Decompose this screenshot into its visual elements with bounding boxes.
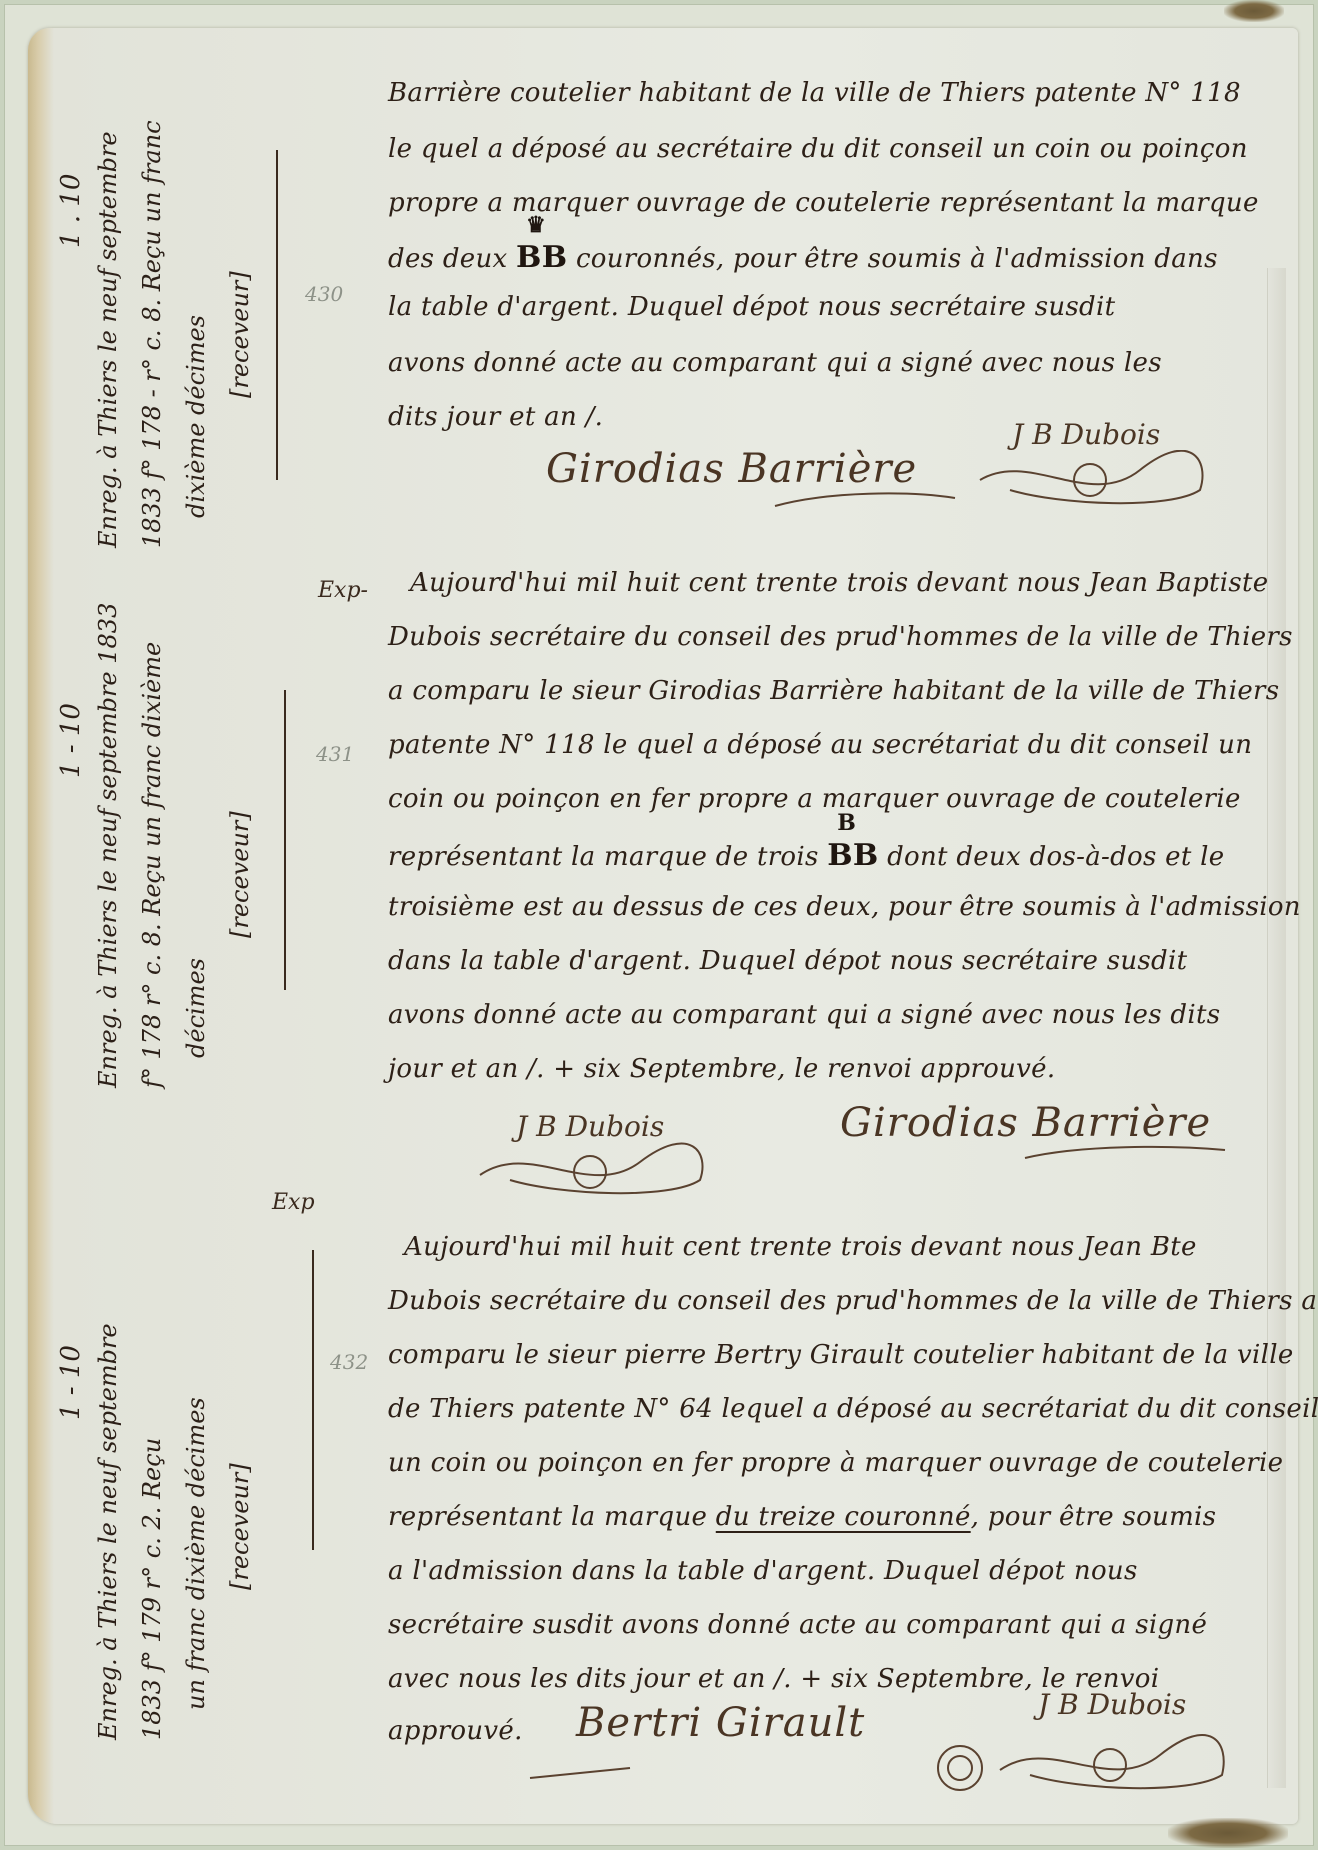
entry-2-line-4: patente N° 118 le quel a déposé au secré… bbox=[388, 730, 1252, 760]
exp-label-2: Exp- bbox=[318, 578, 368, 603]
margin-3-fraction: 1 - 10 bbox=[56, 1323, 86, 1740]
signature-dubois-3: J B Dubois bbox=[1038, 1688, 1186, 1721]
entry-1-line-6: avons donné acte au comparant qui a sign… bbox=[388, 348, 1162, 378]
margin-1-line-2: 1833 f° 178 - r° c. 8. Reçu un franc bbox=[130, 120, 174, 548]
margin-1-line-1: Enreg. à Thiers le neuf septembre bbox=[86, 120, 130, 548]
entry-3-line-8: secrétaire susdit avons donné acte au co… bbox=[388, 1610, 1207, 1640]
mark-bbb: BBB bbox=[827, 838, 878, 873]
margin-annotation-2: 1 - 10 Enreg. à Thiers le neuf septembre… bbox=[56, 603, 262, 1088]
margin-3-line-1: Enreg. à Thiers le neuf septembre bbox=[86, 1323, 130, 1740]
margin-2-line-1: Enreg. à Thiers le neuf septembre 1833 bbox=[86, 603, 130, 1088]
entry-1-line-7: dits jour et an /. bbox=[388, 402, 603, 432]
entry-2-line-5: coin ou poinçon en fer propre a marquer … bbox=[388, 784, 1241, 814]
entry-2-line-9: avons donné acte au comparant qui a sign… bbox=[388, 1000, 1220, 1030]
entry-2-line-3: a comparu le sieur Girodias Barrière hab… bbox=[388, 676, 1279, 706]
margin-annotation-3: 1 - 10 Enreg. à Thiers le neuf septembre… bbox=[56, 1323, 262, 1740]
margin-3-rule bbox=[312, 1250, 314, 1550]
signature-flourish-1 bbox=[970, 450, 1220, 510]
exp-label-3: Exp bbox=[272, 1190, 315, 1215]
pencil-number-431: 431 bbox=[316, 742, 354, 766]
mark-bb-crowned: ♛BB bbox=[516, 240, 567, 275]
entry-1-line-3: propre a marquer ouvrage de coutelerie r… bbox=[388, 188, 1259, 218]
margin-2-line-3: décimes bbox=[174, 603, 218, 1088]
entry-2-line-8: dans la table d'argent. Duquel dépot nou… bbox=[388, 946, 1187, 976]
signature-dubois-1: J B Dubois bbox=[1012, 418, 1160, 451]
entry-2-line-7: troisième est au dessus de ces deux, pou… bbox=[388, 892, 1301, 922]
margin-1-signature: [receveur] bbox=[218, 120, 262, 548]
entry-3-line-4: de Thiers patente N° 64 lequel a déposé … bbox=[388, 1394, 1318, 1424]
entry-3-line-6: représentant la marque du treize couronn… bbox=[388, 1502, 1216, 1532]
signature-flourish-3 bbox=[520, 1738, 1000, 1808]
entry-2-line-10: jour et an /. + six Septembre, le renvoi… bbox=[388, 1054, 1055, 1084]
margin-2-fraction: 1 - 10 bbox=[56, 603, 86, 1088]
margin-1-fraction: 1 . 10 bbox=[56, 120, 86, 548]
entry-2-line-2: Dubois secrétaire du conseil des prud'ho… bbox=[388, 622, 1293, 652]
entry-3-line-5: un coin ou poinçon en fer propre à marqu… bbox=[388, 1448, 1283, 1478]
entry-1-line-4: des deux ♛BB couronnés, pour être soumis… bbox=[388, 240, 1218, 275]
underline-flourish-2 bbox=[1020, 1140, 1230, 1170]
entry-3-line-10: approuvé. bbox=[388, 1716, 523, 1746]
margin-3-line-3: un franc dixième décimes bbox=[174, 1323, 218, 1740]
margin-2-signature: [receveur] bbox=[218, 603, 262, 1088]
entry-3-line-7: a l'admission dans la table d'argent. Du… bbox=[388, 1556, 1138, 1586]
entry-2-line-1: Aujourd'hui mil huit cent trente trois d… bbox=[410, 568, 1268, 598]
entry-3-line-3: comparu le sieur pierre Bertry Girault c… bbox=[388, 1340, 1294, 1370]
signature-flourish-2 bbox=[470, 1140, 720, 1200]
pencil-number-430: 430 bbox=[305, 282, 343, 306]
page-edge bbox=[1267, 268, 1286, 1788]
underlined-mark-description: du treize couronné bbox=[716, 1502, 971, 1532]
underline-flourish-1 bbox=[770, 486, 960, 516]
entry-3-line-1: Aujourd'hui mil huit cent trente trois d… bbox=[404, 1232, 1197, 1262]
margin-3-line-2: 1833 f° 179 r° c. 2. Reçu bbox=[130, 1323, 174, 1740]
margin-1-line-3: dixième décimes bbox=[174, 120, 218, 548]
signature-dubois-2: J B Dubois bbox=[516, 1110, 664, 1143]
margin-1-rule bbox=[276, 150, 278, 480]
entry-1-line-1: Barrière coutelier habitant de la ville … bbox=[388, 78, 1241, 108]
margin-annotation-1: 1 . 10 Enreg. à Thiers le neuf septembre… bbox=[56, 120, 262, 548]
entry-1-line-2: le quel a déposé au secrétaire du dit co… bbox=[388, 134, 1248, 164]
margin-2-rule bbox=[284, 690, 286, 990]
entry-3-line-2: Dubois secrétaire du conseil des prud'ho… bbox=[388, 1286, 1317, 1316]
entry-2-line-6: représentant la marque de trois BBB dont… bbox=[388, 838, 1225, 873]
margin-3-signature: [receveur] bbox=[218, 1323, 262, 1740]
crown-icon: ♛ bbox=[526, 212, 546, 238]
binding-thread-top bbox=[1224, 0, 1284, 22]
pencil-number-432: 432 bbox=[330, 1350, 368, 1374]
margin-2-line-2: f° 178 r° c. 8. Reçu un franc dixième bbox=[130, 603, 174, 1088]
binding-thread-bottom bbox=[1168, 1818, 1288, 1848]
entry-1-line-5: la table d'argent. Duquel dépot nous sec… bbox=[388, 292, 1115, 322]
signature-flourish-4 bbox=[990, 1730, 1240, 1800]
